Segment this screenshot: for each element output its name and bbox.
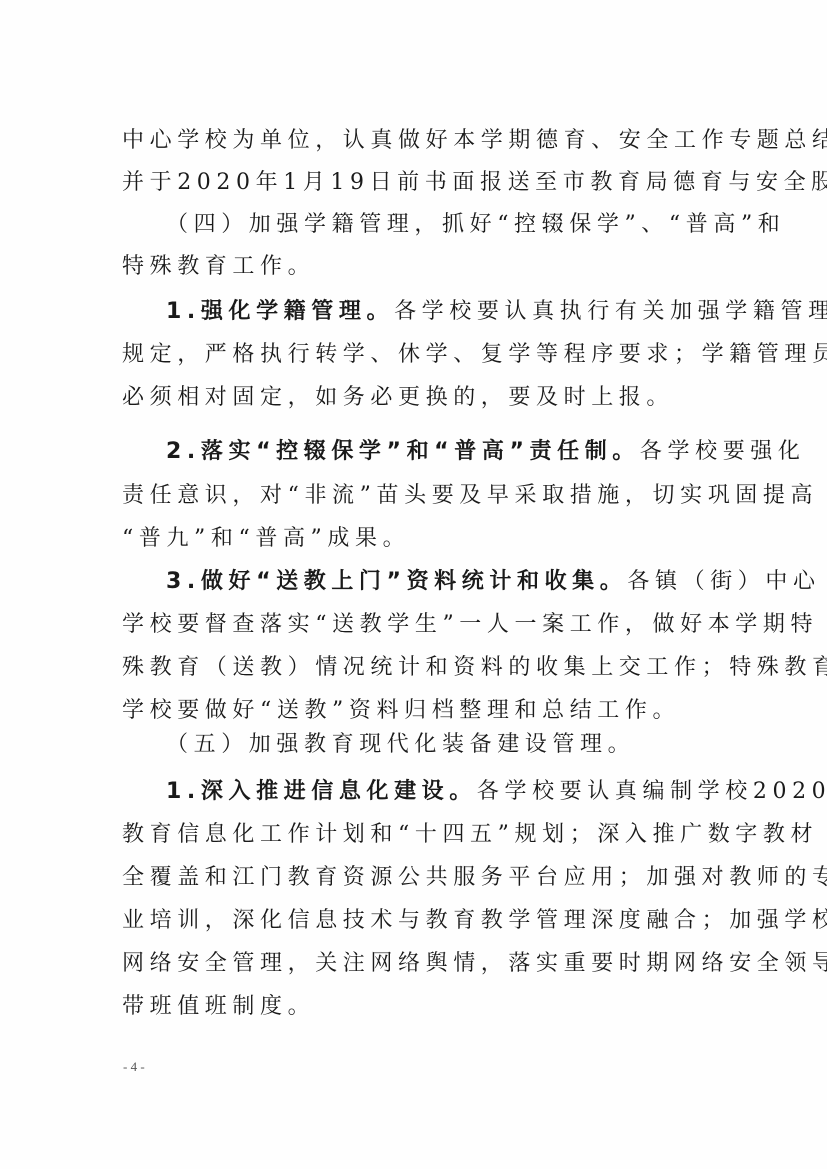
document-page: 中心学校为单位，认真做好本学期德育、安全工作专题总结， 并于2020年1月19日… bbox=[0, 0, 827, 1169]
paragraph-line: 学校要做好“送教”资料归档整理和总结工作。 bbox=[122, 696, 712, 726]
paragraph-line: 学校要督查落实“送教学生”一人一案工作，做好本学期特 bbox=[122, 610, 712, 640]
line-text: 规定，严格执行转学、休学、复学等程序要求；学籍管理员 bbox=[122, 342, 827, 367]
paragraph-line: 带班值班制度。 bbox=[122, 992, 712, 1022]
paragraph-line: 责任意识，对“非流”苗头要及早采取措施，切实巩固提高 bbox=[122, 481, 712, 511]
section-heading-5: （五）加强教育现代化装备建设管理。 bbox=[166, 730, 712, 760]
line-text: 学校要督查落实“送教学生”一人一案工作，做好本学期特 bbox=[122, 612, 818, 637]
paragraph-line: 规定，严格执行转学、休学、复学等程序要求；学籍管理员 bbox=[122, 340, 712, 370]
paragraph-line: 中心学校为单位，认真做好本学期德育、安全工作专题总结， bbox=[122, 126, 712, 156]
line-text: 各学校要强化 bbox=[640, 439, 806, 464]
section-heading-4: （四）加强学籍管理，抓好“控辍保学”、“普高”和 bbox=[166, 210, 712, 240]
paragraph-line: 殊教育（送教）情况统计和资料的收集上交工作；特殊教育 bbox=[122, 653, 712, 683]
line-text: 业培训，深化信息技术与教育教学管理深度融合；加强学校 bbox=[122, 908, 827, 933]
line-text: 各学校要认真编制学校2020年 bbox=[477, 779, 827, 804]
line-text: 特殊教育工作。 bbox=[122, 254, 315, 279]
paragraph-line: 并于2020年1月19日前书面报送至市教育局德育与安全股。 bbox=[122, 168, 712, 198]
line-text: “普九”和“普高”成果。 bbox=[122, 526, 410, 551]
paragraph-line: “普九”和“普高”成果。 bbox=[122, 524, 712, 554]
item-title-bold: 1.深入推进信息化建设。 bbox=[166, 779, 477, 804]
paragraph-line: 网络安全管理，关注网络舆情，落实重要时期网络安全领导 bbox=[122, 949, 712, 979]
line-text: 各学校要认真执行有关加强学籍管理 bbox=[394, 299, 827, 324]
line-text: 殊教育（送教）情况统计和资料的收集上交工作；特殊教育 bbox=[122, 655, 827, 680]
line-text: 教育信息化工作计划和“十四五”规划；深入推广数字教材 bbox=[122, 822, 818, 847]
item-heading-line: 1.深入推进信息化建设。各学校要认真编制学校2020年 bbox=[166, 777, 712, 807]
paragraph-line: 特殊教育工作。 bbox=[122, 252, 712, 282]
paragraph-line: 全覆盖和江门教育资源公共服务平台应用；加强对教师的专 bbox=[122, 863, 712, 893]
item-title-bold: 3.做好“送教上门”资料统计和收集。 bbox=[166, 569, 627, 594]
line-text: 责任意识，对“非流”苗头要及早采取措施，切实巩固提高 bbox=[122, 483, 818, 508]
line-text: 全覆盖和江门教育资源公共服务平台应用；加强对教师的专 bbox=[122, 865, 827, 890]
line-text: 中心学校为单位，认真做好本学期德育、安全工作专题总结， bbox=[122, 128, 827, 153]
item-title-bold: 2.落实“控辍保学”和“普高”责任制。 bbox=[166, 439, 640, 464]
item-heading-line: 2.落实“控辍保学”和“普高”责任制。各学校要强化 bbox=[166, 437, 712, 467]
line-text: 并于2020年1月19日前书面报送至市教育局德育与安全股。 bbox=[122, 170, 827, 195]
item-title-bold: 1.强化学籍管理。 bbox=[166, 299, 394, 324]
line-text: （五）加强教育现代化装备建设管理。 bbox=[166, 732, 635, 757]
item-heading-line: 3.做好“送教上门”资料统计和收集。各镇（街）中心 bbox=[166, 567, 712, 597]
line-text: 必须相对固定，如务必更换的，要及时上报。 bbox=[122, 385, 674, 410]
line-text: 带班值班制度。 bbox=[122, 994, 315, 1019]
line-text: 学校要做好“送教”资料归档整理和总结工作。 bbox=[122, 698, 680, 723]
paragraph-line: 必须相对固定，如务必更换的，要及时上报。 bbox=[122, 383, 712, 413]
paragraph-line: 教育信息化工作计划和“十四五”规划；深入推广数字教材 bbox=[122, 820, 712, 850]
line-text: 各镇（街）中心 bbox=[627, 569, 820, 594]
paragraph-line: 业培训，深化信息技术与教育教学管理深度融合；加强学校 bbox=[122, 906, 712, 936]
page-number: - 4 - bbox=[123, 1059, 145, 1075]
line-text: （四）加强学籍管理，抓好“控辍保学”、“普高”和 bbox=[166, 212, 785, 237]
item-heading-line: 1.强化学籍管理。各学校要认真执行有关加强学籍管理 bbox=[166, 297, 712, 327]
line-text: 网络安全管理，关注网络舆情，落实重要时期网络安全领导 bbox=[122, 951, 827, 976]
